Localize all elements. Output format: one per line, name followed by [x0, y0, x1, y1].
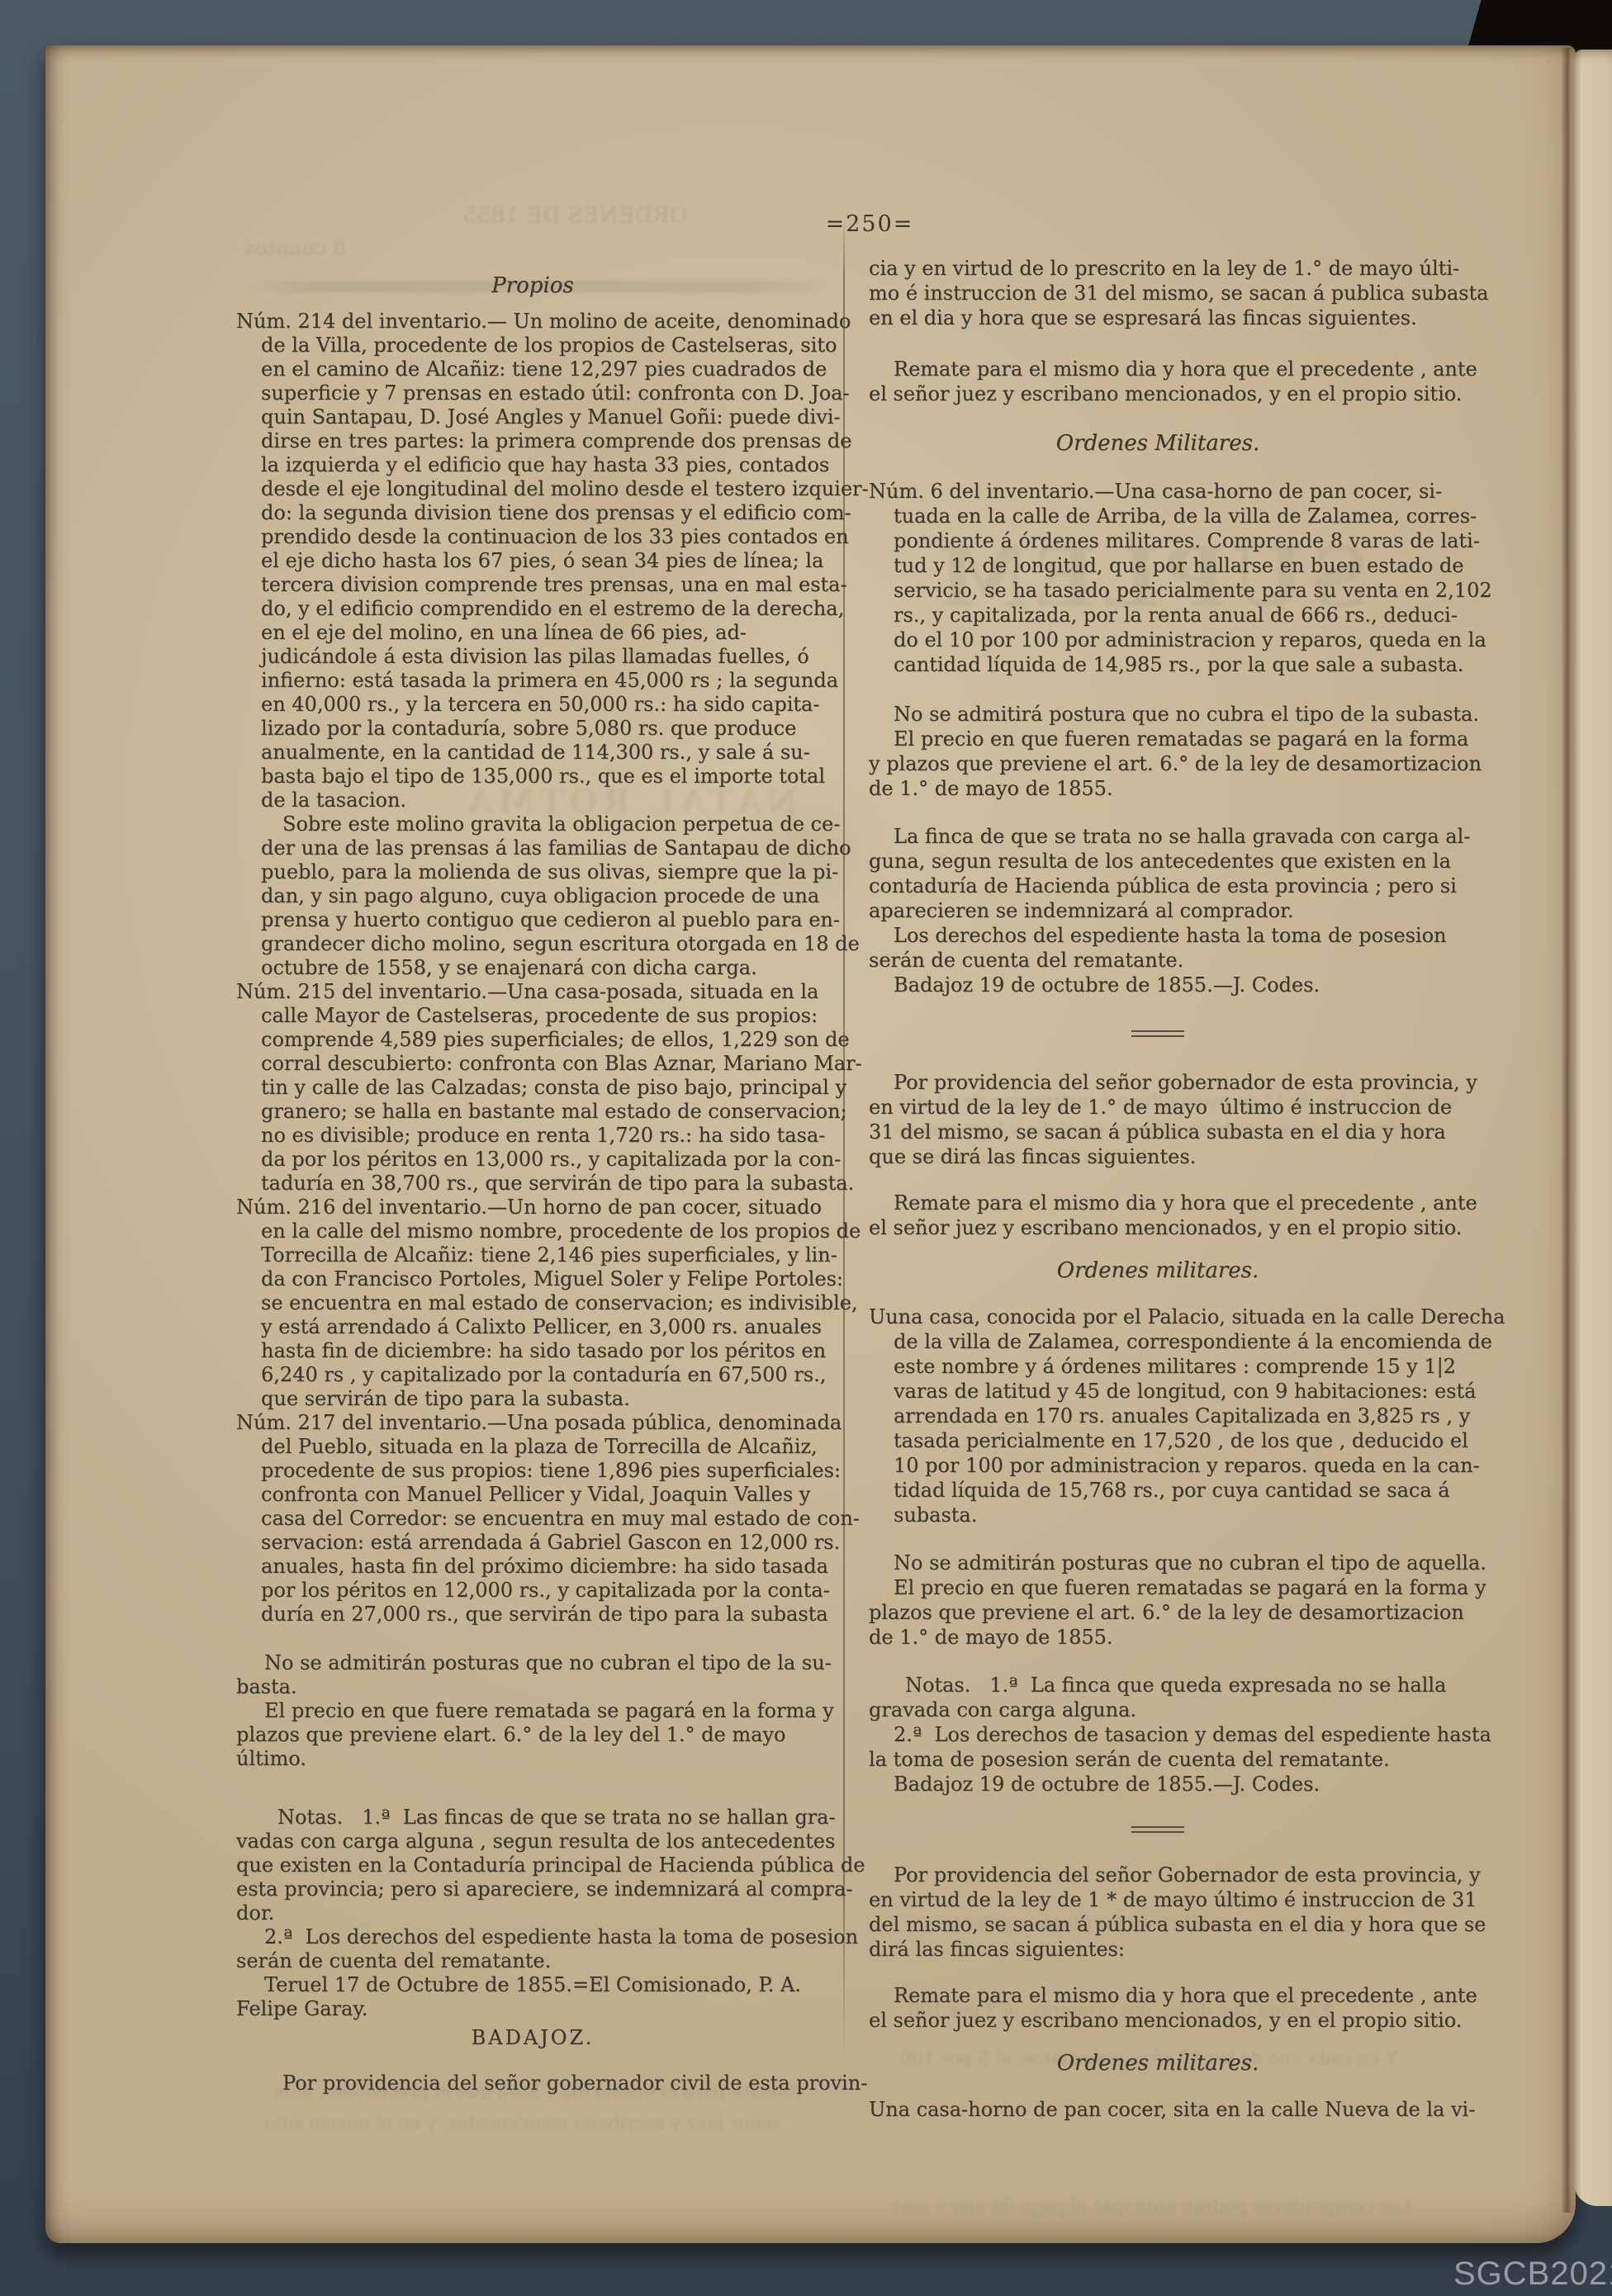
text-line: procedente de sus propios: tiene 1,896 p…: [236, 1459, 829, 1483]
text-line: tin y calle de las Calzadas; consta de p…: [236, 1076, 829, 1100]
text-line: dan, y sin pago alguno, cuya obligacion …: [236, 884, 829, 908]
text-line: casa del Corredor: se encuentra en muy m…: [236, 1507, 829, 1531]
paragraph: Remate para el mismo dia y hora que el p…: [869, 357, 1447, 406]
text-line: da por los péritos en 13,000 rs., y capi…: [236, 1148, 829, 1172]
text-line: 2.ª Los derechos del espediente hasta la…: [236, 1925, 829, 1949]
text-line: No se admitirán posturas que no cubran e…: [869, 1550, 1447, 1575]
paragraph: Uuna casa, conocida por el Palacio, situ…: [869, 1304, 1447, 1527]
text-line: de 1.° de mayo de 1855.: [869, 1625, 1447, 1650]
text-line: el eje dicho hasta los 67 pies, ó sean 3…: [236, 549, 829, 573]
text-line: la toma de posesion serán de cuenta del …: [869, 1747, 1447, 1772]
ghost-showthrough-text: ORDENES DE 1855: [462, 203, 688, 229]
text-line: No se admitirá postura que no cubra el t…: [869, 702, 1447, 727]
paragraph: Teruel 17 de Octubre de 1855.=El Comisio…: [236, 1973, 829, 2021]
paragraph: Badajoz 19 de octubre de 1855.—J. Codes.: [869, 973, 1447, 997]
text-line: dirá las fincas siguientes:: [869, 1937, 1447, 1962]
text-line: plazos que previene elart. 6.° de la ley…: [236, 1723, 829, 1747]
text-line: en el camino de Alcañiz: tiene 12,297 pi…: [236, 357, 829, 381]
text-line: infierno: está tasada la primera en 45,0…: [236, 669, 829, 693]
text-line: plazos que previene el art. 6.° de la le…: [869, 1600, 1447, 1625]
text-line: el señor juez y escribano mencionados, y…: [869, 381, 1447, 406]
next-page-edge: [1574, 50, 1612, 2206]
text-line: contaduría de Hacienda pública de esta p…: [869, 873, 1447, 898]
paragraph: cia y en virtud de lo prescrito en la le…: [869, 256, 1447, 330]
text-line: que existen en la Contaduría principal d…: [236, 1853, 829, 1877]
ghost-showthrough-text: mismo se sacan á pública subasta en el d…: [896, 1120, 1422, 1140]
text-line: tercera division comprende tres prensas,…: [236, 573, 829, 597]
text-line: octubre de 1558, y se enajenará con dich…: [236, 956, 829, 980]
text-line: comprende 4,589 pies superficiales; de e…: [236, 1028, 829, 1052]
text-line: guna, segun resulta de los antecedentes …: [869, 849, 1447, 873]
text-line: de la villa de Zalamea, correspondiente …: [869, 1329, 1447, 1354]
text-line: Núm. 216 del inventario.—Un horno de pan…: [236, 1195, 829, 1219]
paragraph: No se admitirán posturas que no cubran e…: [869, 1550, 1447, 1575]
text-line: prensa y huerto contiguo que cedieron al…: [236, 908, 829, 932]
paragraph: Los derechos del espediente hasta la tom…: [869, 923, 1447, 973]
text-line: granero; se halla en bastante mal estado…: [236, 1100, 829, 1124]
ghost-showthrough-text: NATAL ROTMA: [462, 783, 797, 821]
text-line: este nombre y á órdenes militares : comp…: [869, 1354, 1447, 1379]
text-line: esta provincia; pero si apareciere, se i…: [236, 1877, 829, 1901]
paragraph: Remate para el mismo dia y hora que el p…: [869, 1191, 1447, 1240]
ghost-showthrough-text: Y en cada uno de los 10 años inmediatos:…: [900, 2049, 1397, 2070]
divider-ornament: [1131, 1030, 1184, 1037]
text-line: Badajoz 19 de octubre de 1855.—J. Codes.: [869, 973, 1447, 997]
text-line: do el 10 por 100 por administracion y re…: [869, 627, 1447, 652]
paragraph: La finca de que se trata no se halla gra…: [869, 824, 1447, 923]
page-fold-crease: [1561, 48, 1576, 2213]
paragraph: 2.ª Los derechos del espediente hasta la…: [236, 1925, 829, 1973]
text-line: pueblo, para la molienda de sus olivas, …: [236, 860, 829, 884]
text-line: El precio en que fueren rematadas se pag…: [869, 727, 1447, 751]
text-line: Notas. 1.ª Las fincas de que se trata no…: [236, 1806, 829, 1830]
text-line: se encuentra en mal estado de conservaci…: [236, 1291, 829, 1315]
text-line: arrendada en 170 rs. anuales Capitalizad…: [869, 1404, 1447, 1428]
text-line: der una de las prensas á las familias de…: [236, 836, 829, 860]
text-line: Badajoz 19 de octubre de 1855.—J. Codes.: [869, 1772, 1447, 1797]
text-line: cia y en virtud de lo prescrito en la le…: [869, 256, 1447, 281]
watermark: SGCB2021: [1453, 2256, 1612, 2293]
text-line: Los derechos del espediente hasta la tom…: [869, 923, 1447, 948]
section-heading: Ordenes militares.: [869, 1258, 1447, 1283]
text-line: tuada en la calle de Arriba, de la villa…: [869, 504, 1447, 528]
paragraph: Notas. 1.ª La finca que queda expresada …: [869, 1673, 1447, 1722]
text-line: da con Francisco Portoles, Miguel Soler …: [236, 1267, 829, 1291]
text-line: de la Villa, procedente de los propios d…: [236, 334, 829, 357]
text-line: varas de latitud y 45 de longitud, con 9…: [869, 1379, 1447, 1404]
text-line: vadas con carga alguna , segun resulta d…: [236, 1830, 829, 1853]
text-line: en la calle del mismo nombre, procedente…: [236, 1219, 829, 1243]
text-line: El precio en que fueren rematadas se pag…: [869, 1575, 1447, 1600]
text-line: quin Santapau, D. José Angles y Manuel G…: [236, 405, 829, 429]
text-line: Remate para el mismo dia y hora que el p…: [869, 357, 1447, 381]
text-line: cantidad líquida de 14,985 rs., por la q…: [869, 652, 1447, 677]
text-line: confronta con Manuel Pellicer y Vidal, J…: [236, 1483, 829, 1507]
text-line: Notas. 1.ª La finca que queda expresada …: [869, 1673, 1447, 1697]
ghost-showthrough-text: Remate para el mismo dia y hora que el p…: [273, 2082, 802, 2103]
text-line: Núm. 215 del inventario.—Una casa-posada…: [236, 980, 829, 1004]
ghost-showthrough-text: señor juez y escribano mencionados, y en…: [264, 2114, 781, 2134]
divider-ornament: [1131, 1826, 1184, 1833]
text-line: en el dia y hora que se espresará las fi…: [869, 305, 1447, 330]
text-line: anuales, hasta fin del próximo diciembre…: [236, 1555, 829, 1579]
text-line: Por providencia del señor Gobernador de …: [869, 1863, 1447, 1887]
text-line: Núm. 6 del inventario.—Una casa-horno de…: [869, 479, 1447, 504]
text-line: servacion: está arrendada á Gabriel Gasc…: [236, 1531, 829, 1555]
paragraph: Núm. 214 del inventario.— Un molino de a…: [236, 310, 829, 812]
text-line: grandecer dicho molino, segun escritura …: [236, 932, 829, 956]
text-line: lizado por la contaduría, sobre 5,080 rs…: [236, 717, 829, 741]
text-line: Núm. 214 del inventario.— Un molino de a…: [236, 310, 829, 334]
section-heading: Propios: [236, 274, 829, 298]
text-line: último.: [236, 1747, 829, 1771]
paragraph: Sobre este molino gravita la obligacion …: [236, 812, 829, 980]
paragraph: Notas. 1.ª Las fincas de que se trata no…: [236, 1806, 829, 1925]
text-line: Remate para el mismo dia y hora que el p…: [869, 1191, 1447, 1215]
text-line: prendido desde la continuacion de los 33…: [236, 525, 829, 549]
text-line: el señor juez y escribano mencionados, y…: [869, 1215, 1447, 1240]
text-line: serán de cuenta del rematante.: [236, 1949, 829, 1973]
paragraph: Una casa-horno de pan cocer, sita en la …: [869, 2097, 1447, 2122]
text-line: por los péritos en 12,000 rs., y capital…: [236, 1579, 829, 1602]
paragraph: 2.ª Los derechos de tasacion y demas del…: [869, 1722, 1447, 1772]
text-line: desde el eje longitudinal del molino des…: [236, 477, 829, 501]
paragraph: Núm. 217 del inventario.—Una posada públ…: [236, 1411, 829, 1626]
ghost-showthrough-text: virtud de la ley de 1° de mayo último é …: [900, 1091, 1458, 1112]
text-line: de 1.° de mayo de 1855.: [869, 776, 1447, 801]
text-line: en el eje del molino, en una línea de 66…: [236, 621, 829, 645]
text-line: y plazos que previene el art. 6.° de la …: [869, 751, 1447, 776]
text-line: duría en 27,000 rs., que servirán de tip…: [236, 1602, 829, 1626]
ghost-showthrough-text: 8 cuantos: [244, 236, 346, 260]
text-line: Teruel 17 de Octubre de 1855.=El Comisio…: [236, 1973, 829, 1997]
text-line: do: la segunda division tiene dos prensa…: [236, 501, 829, 525]
paragraph: El precio en que fueren rematadas se pag…: [869, 1575, 1447, 1650]
text-line: Torrecilla de Alcañiz: tiene 2,146 pies …: [236, 1243, 829, 1267]
text-line: mo é instruccion de 31 del mismo, se sac…: [869, 281, 1447, 305]
province-heading: BADAJOZ.: [236, 2026, 829, 2050]
text-line: del Pueblo, situada en la plaza de Torre…: [236, 1435, 829, 1459]
text-line: en 40,000 rs., y la tercera en 50,000 rs…: [236, 693, 829, 717]
ghost-showthrough-text: dirá las fincas siguientes: [925, 1148, 1154, 1168]
text-line: y está arrendado á Calixto Pellicer, en …: [236, 1315, 829, 1339]
paragraph: El precio en que fuere rematada se pagar…: [236, 1699, 829, 1771]
page-number: =250=: [791, 211, 948, 237]
text-line: 6,240 rs , y capitalizado por la contadu…: [236, 1363, 829, 1387]
text-line: calle Mayor de Castelseras, procedente d…: [236, 1004, 829, 1028]
ghost-showthrough-text: se pagará en metálico en los plazos sigu…: [933, 1914, 1360, 1934]
text-line: no es divisible; produce en renta 1,720 …: [236, 1124, 829, 1148]
text-line: la izquierda y el edificio que hay hasta…: [236, 453, 829, 477]
text-line: subasta.: [869, 1503, 1447, 1527]
text-line: Uuna casa, conocida por el Palacio, situ…: [869, 1304, 1447, 1329]
text-line: corral descubierto: confronta con Blas A…: [236, 1052, 829, 1076]
text-line: Núm. 217 del inventario.—Una posada públ…: [236, 1411, 829, 1435]
text-line: basta.: [236, 1675, 829, 1699]
paragraph: No se admitirá postura que no cubra el t…: [869, 702, 1447, 727]
text-line: 2.ª Los derechos de tasacion y demas del…: [869, 1722, 1447, 1747]
text-line: El precio en que fuere rematada se pagar…: [236, 1699, 829, 1723]
text-line: do, y el edificio comprendido en el estr…: [236, 597, 829, 621]
text-line: La finca de que se trata no se halla gra…: [869, 824, 1447, 849]
section-heading: Ordenes Militares.: [869, 431, 1447, 456]
text-line: serán de cuenta del rematante.: [869, 948, 1447, 973]
text-line: en virtud de la ley de 1 * de mayo últim…: [869, 1887, 1447, 1912]
text-line: superficie y 7 prensas en estado útil: c…: [236, 381, 829, 405]
text-line: judicándole á esta division las pilas ll…: [236, 645, 829, 669]
text-line: Felipe Garay.: [236, 1997, 829, 2021]
paragraph: Núm. 215 del inventario.—Una casa-posada…: [236, 980, 829, 1195]
text-line: dirse en tres partes: la primera compren…: [236, 429, 829, 453]
text-line: gravada con carga alguna.: [869, 1697, 1447, 1722]
text-line: hasta fin de diciembre: ha sido tasado p…: [236, 1339, 829, 1363]
text-line: tidad líquida de 15,768 rs., por cuya ca…: [869, 1478, 1447, 1503]
text-line: que servirán de tipo para la subasta.: [236, 1387, 829, 1411]
column-left: PropiosNúm. 214 del inventario.— Un moli…: [236, 274, 829, 2095]
ghost-showthrough-text: Los compradores podrán anticipar el pago…: [892, 2196, 1412, 2217]
paragraph: No se admitirán posturas que no cubran e…: [236, 1651, 829, 1699]
text-line: tasada pericialmente en 17,520 , de los …: [869, 1428, 1447, 1453]
ghost-showthrough-text: En cada uno de las dos primeras, el 7 po…: [908, 2001, 1332, 2022]
text-line: taduría en 38,700 rs., que servirán de t…: [236, 1172, 829, 1195]
text-line: dor.: [236, 1901, 829, 1925]
ghost-showthrough-text: SUPLEM: [933, 528, 1369, 626]
paragraph: Núm. 216 del inventario.—Un horno de pan…: [236, 1195, 829, 1411]
text-line: anualmente, en la cantidad de 114,300 rs…: [236, 741, 829, 765]
text-line: No se admitirán posturas que no cubran e…: [236, 1651, 829, 1675]
paragraph: Badajoz 19 de octubre de 1855.—J. Codes.: [869, 1772, 1447, 1797]
paragraph: Por providencia del señor Gobernador de …: [869, 1863, 1447, 1962]
paragraph: El precio en que fueren rematadas se pag…: [869, 727, 1447, 801]
text-line: Una casa-horno de pan cocer, sita en la …: [869, 2097, 1447, 2122]
text-line: aparecieren se indemnizará al comprador.: [869, 898, 1447, 923]
scanned-document-background: =250= PropiosNúm. 214 del inventario.— U…: [0, 0, 1612, 2296]
text-line: 10 por 100 por administracion y reparos.…: [869, 1453, 1447, 1478]
